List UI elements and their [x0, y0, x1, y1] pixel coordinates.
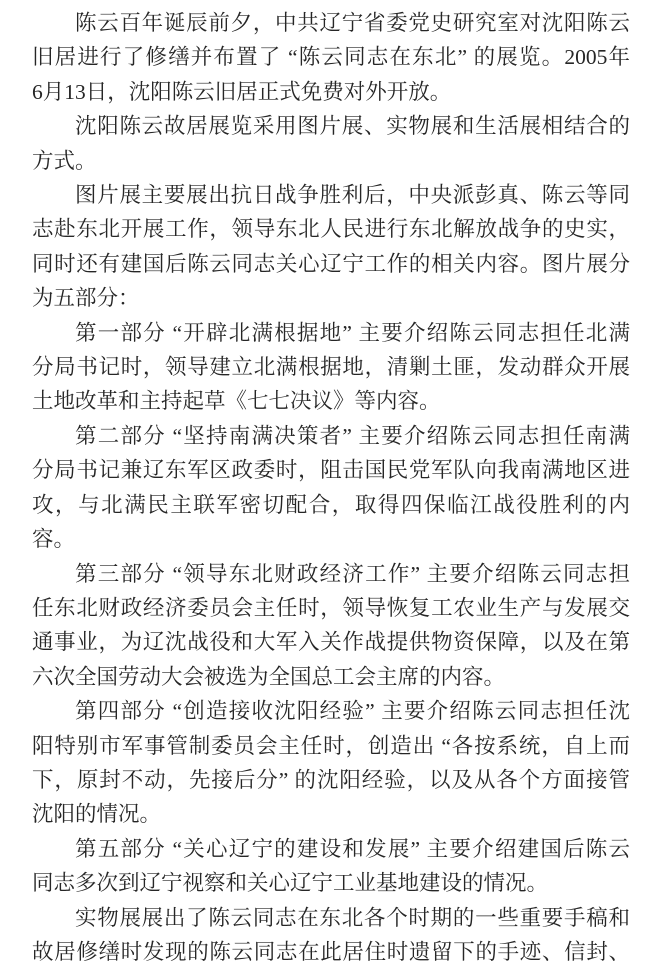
text-line: 阳特别市军事管制委员会主任时，创造出 “各按系统，自上而: [32, 729, 630, 763]
text-line: 任东北财政经济委员会主任时，领导恢复工农业生产与发展交: [32, 591, 630, 625]
text-line: 沈阳的情况。: [32, 797, 630, 831]
text-line: 第四部分 “创造接收沈阳经验” 主要介绍陈云同志担任沈: [32, 694, 630, 728]
text-line: 6月13日，沈阳陈云旧居正式免费对外开放。: [32, 75, 630, 109]
text-line: 陈云百年诞辰前夕，中共辽宁省委党史研究室对沈阳陈云: [32, 6, 630, 40]
paragraph: 沈阳陈云故居展览采用图片展、实物展和生活展相结合的方式。: [32, 109, 630, 178]
paragraph: 图片展主要展出抗日战争胜利后，中央派彭真、陈云等同志赴东北开展工作，领导东北人民…: [32, 178, 630, 316]
text-line: 第一部分 “开辟北满根据地” 主要介绍陈云同志担任北满: [32, 316, 630, 350]
paragraph: 第五部分 “关心辽宁的建设和发展” 主要介绍建国后陈云同志多次到辽宁视察和关心辽…: [32, 832, 630, 901]
paragraph: 实物展展出了陈云同志在东北各个时期的一些重要手稿和故居修缮时发现的陈云同志在此居…: [32, 901, 630, 970]
text-line: 土地改革和主持起草《七七决议》等内容。: [32, 384, 630, 418]
text-line: 故居修缮时发现的陈云同志在此居住时遗留下的手迹、信封、: [32, 935, 630, 969]
text-line: 同时还有建国后陈云同志关心辽宁工作的相关内容。图片展分: [32, 247, 630, 281]
document-body: 陈云百年诞辰前夕，中共辽宁省委党史研究室对沈阳陈云旧居进行了修缮并布置了 “陈云…: [32, 6, 630, 969]
text-line: 旧居进行了修缮并布置了 “陈云同志在东北” 的展览。2005年: [32, 40, 630, 74]
paragraph: 陈云百年诞辰前夕，中共辽宁省委党史研究室对沈阳陈云旧居进行了修缮并布置了 “陈云…: [32, 6, 630, 109]
text-line: 第三部分 “领导东北财政经济工作” 主要介绍陈云同志担: [32, 557, 630, 591]
text-line: 志赴东北开展工作，领导东北人民进行东北解放战争的史实，: [32, 212, 630, 246]
text-line: 第二部分 “坚持南满决策者” 主要介绍陈云同志担任南满: [32, 419, 630, 453]
paragraph: 第一部分 “开辟北满根据地” 主要介绍陈云同志担任北满分局书记时，领导建立北满根…: [32, 316, 630, 419]
text-line: 实物展展出了陈云同志在东北各个时期的一些重要手稿和: [32, 901, 630, 935]
text-line: 第五部分 “关心辽宁的建设和发展” 主要介绍建国后陈云: [32, 832, 630, 866]
text-line: 方式。: [32, 144, 630, 178]
paragraph: 第二部分 “坚持南满决策者” 主要介绍陈云同志担任南满分局书记兼辽东军区政委时，…: [32, 419, 630, 557]
document-page: 陈云百年诞辰前夕，中共辽宁省委党史研究室对沈阳陈云旧居进行了修缮并布置了 “陈云…: [0, 0, 652, 970]
text-line: 为五部分：: [32, 281, 630, 315]
text-line: 分局书记时，领导建立北满根据地，清剿土匪，发动群众开展: [32, 350, 630, 384]
text-line: 下，原封不动，先接后分” 的沈阳经验，以及从各个方面接管: [32, 763, 630, 797]
text-line: 攻，与北满民主联军密切配合，取得四保临江战役胜利的内: [32, 488, 630, 522]
paragraph: 第三部分 “领导东北财政经济工作” 主要介绍陈云同志担任东北财政经济委员会主任时…: [32, 557, 630, 695]
text-line: 分局书记兼辽东军区政委时，阻击国民党军队向我南满地区进: [32, 453, 630, 487]
text-line: 通事业，为辽沈战役和大军入关作战提供物资保障，以及在第: [32, 625, 630, 659]
text-line: 同志多次到辽宁视察和关心辽宁工业基地建设的情况。: [32, 866, 630, 900]
text-line: 沈阳陈云故居展览采用图片展、实物展和生活展相结合的: [32, 109, 630, 143]
paragraph: 第四部分 “创造接收沈阳经验” 主要介绍陈云同志担任沈阳特别市军事管制委员会主任…: [32, 694, 630, 832]
text-line: 六次全国劳动大会被选为全国总工会主席的内容。: [32, 660, 630, 694]
text-line: 图片展主要展出抗日战争胜利后，中央派彭真、陈云等同: [32, 178, 630, 212]
text-line: 容。: [32, 522, 630, 556]
